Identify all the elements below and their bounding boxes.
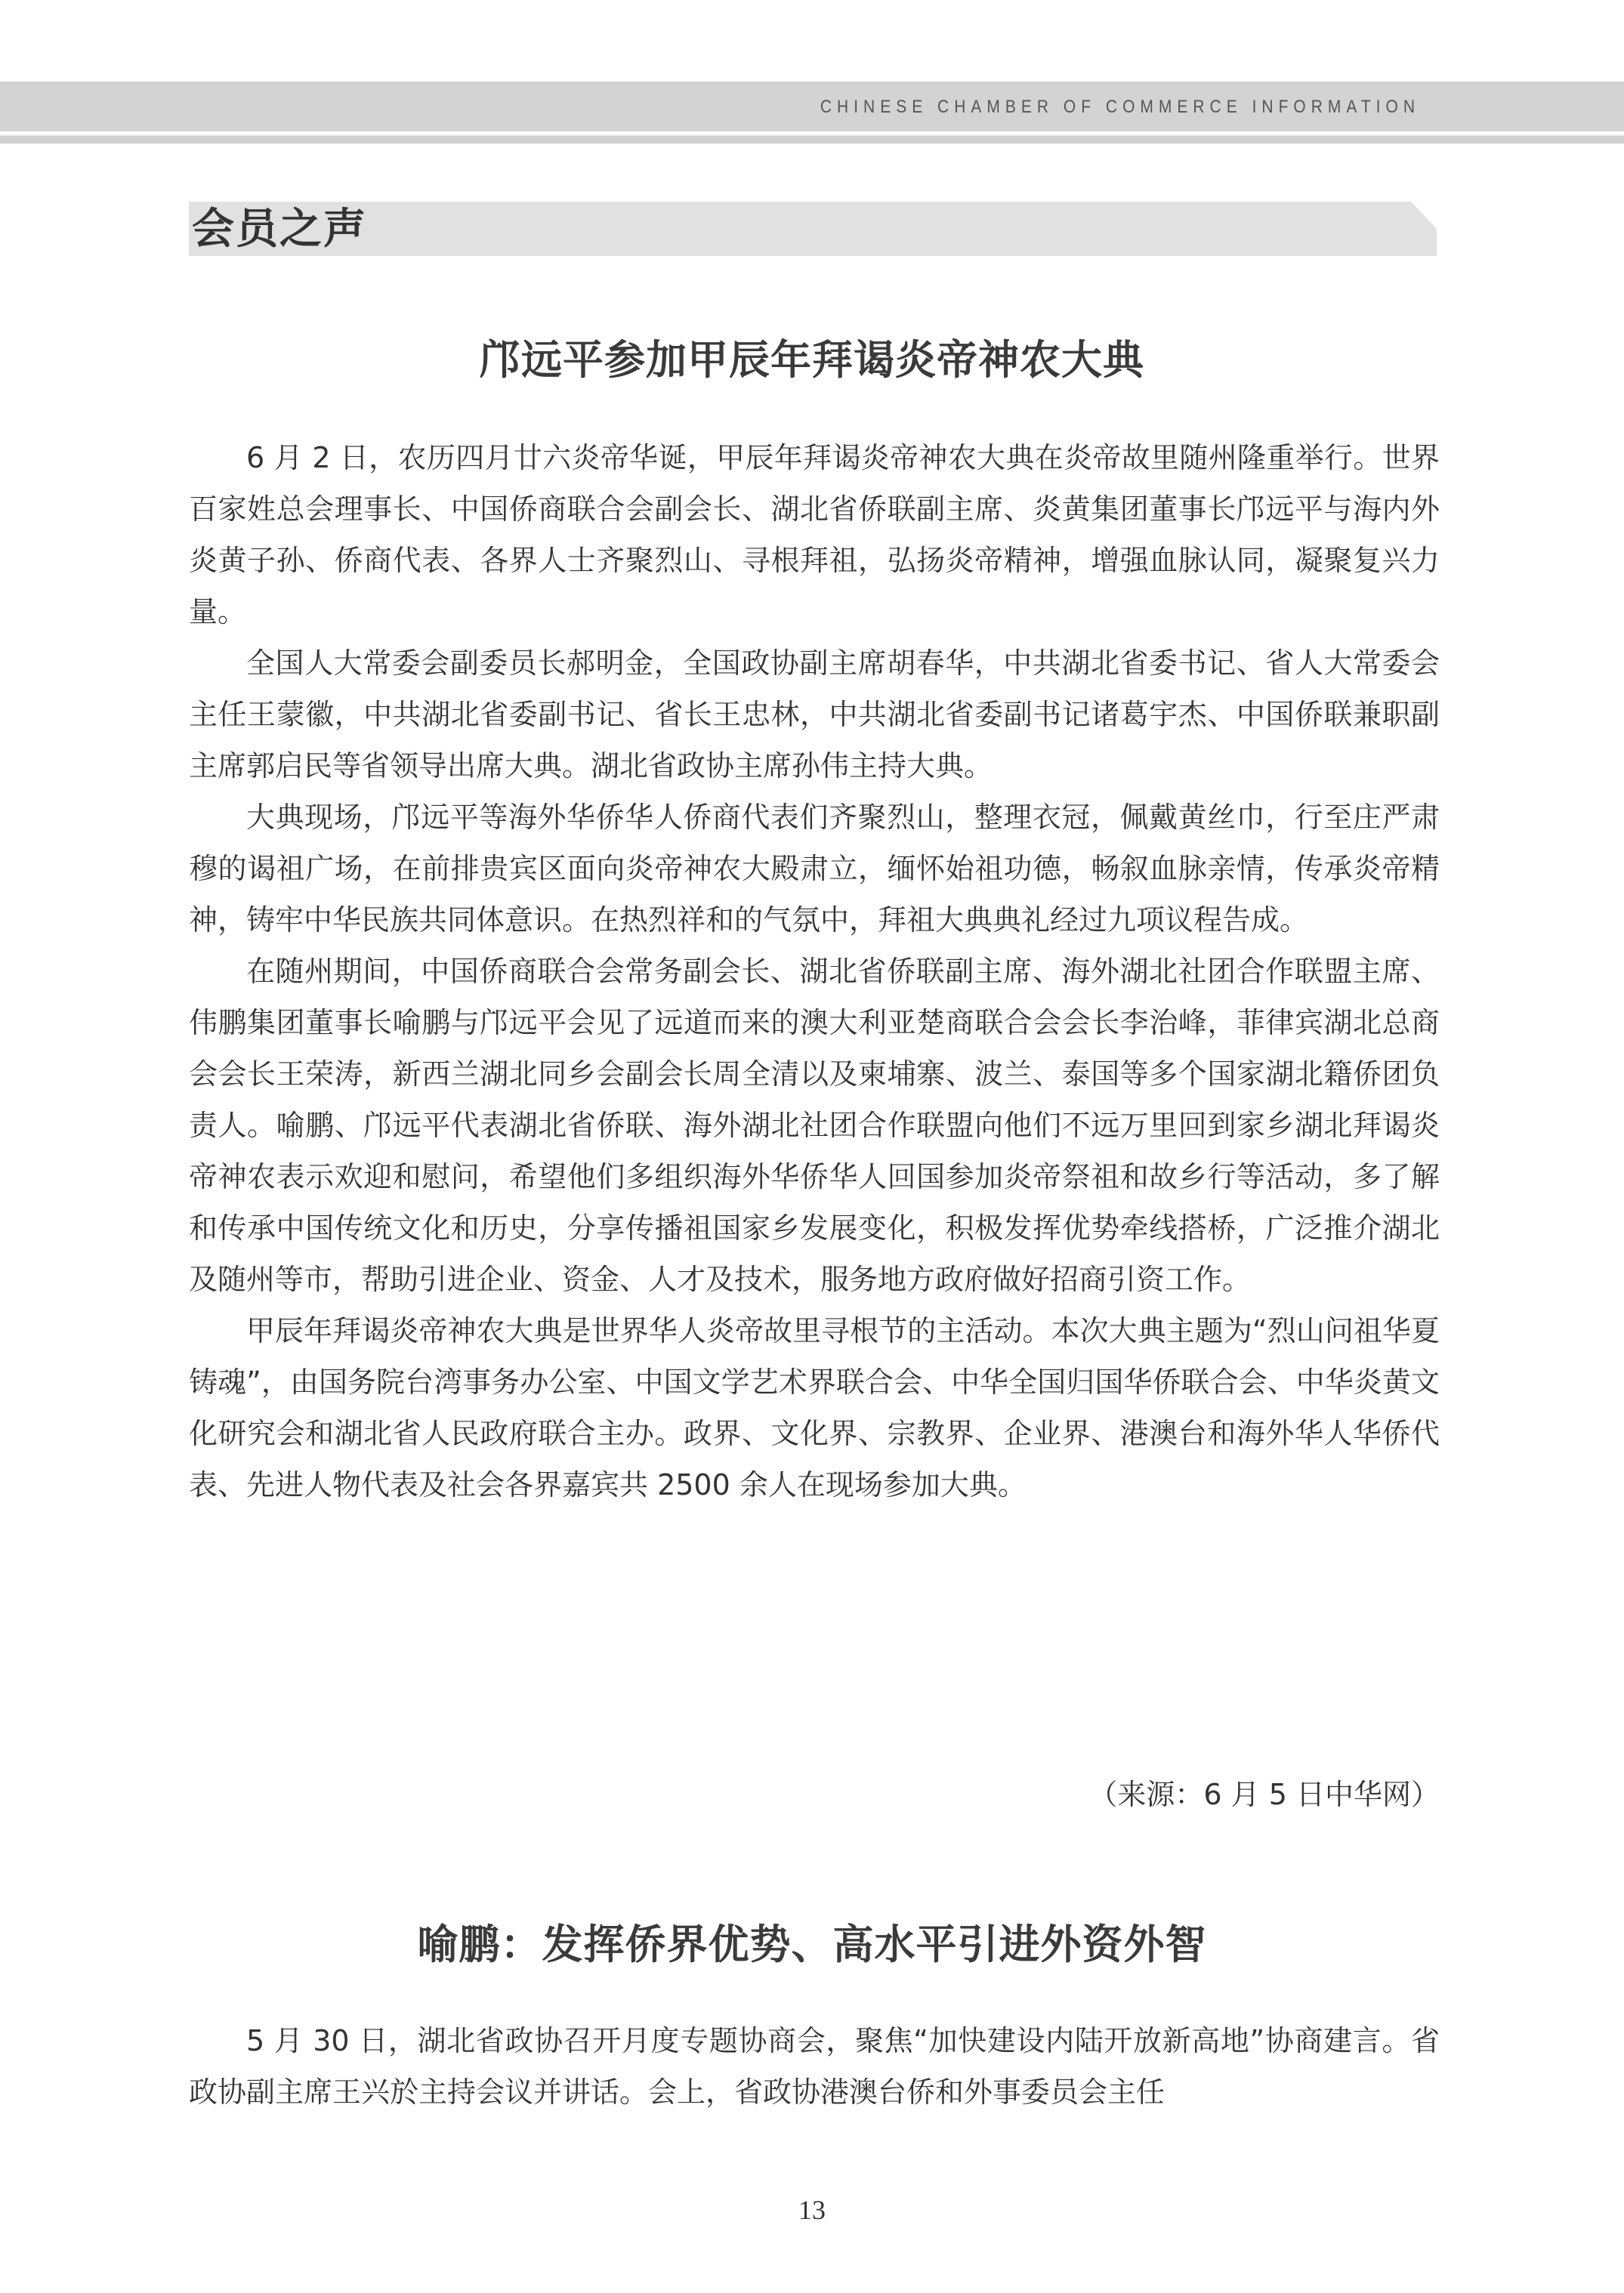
section-banner: [189, 202, 1437, 256]
article-source: （来源：6 月 5 日中华网）: [1088, 1769, 1440, 1820]
publication-title: CHINESE CHAMBER OF COMMERCE INFORMATION: [820, 97, 1420, 118]
article-body: 5 月 30 日，湖北省政协召开月度专题协商会，聚焦“加快建设内陆开放新高地”协…: [189, 2015, 1440, 2118]
section-label: 会员之声: [192, 204, 367, 254]
article-title: 邝远平参加甲辰年拜谒炎帝神农大典: [0, 334, 1624, 387]
article-paragraph: 大典现场，邝远平等海外华侨华人侨商代表们齐聚烈山，整理衣冠，佩戴黄丝巾，行至庄严…: [189, 792, 1440, 946]
article-paragraph: 甲辰年拜谒炎帝神农大典是世界华人炎帝故里寻根节的主活动。本次大典主题为“烈山问祖…: [189, 1305, 1440, 1511]
header-band: CHINESE CHAMBER OF COMMERCE INFORMATION: [0, 82, 1624, 131]
article-body: 6 月 2 日，农历四月廿六炎帝华诞，甲辰年拜谒炎帝神农大典在炎帝故里随州隆重举…: [189, 432, 1440, 1511]
article-paragraph: 在随州期间，中国侨商联合会常务副会长、湖北省侨联副主席、海外湖北社团合作联盟主席…: [189, 946, 1440, 1305]
article-paragraph: 5 月 30 日，湖北省政协召开月度专题协商会，聚焦“加快建设内陆开放新高地”协…: [189, 2015, 1440, 2118]
article-paragraph: 全国人大常委会副委员长郝明金，全国政协副主席胡春华，中共湖北省委书记、省人大常委…: [189, 637, 1440, 792]
page-number: 13: [0, 2194, 1624, 2226]
article-paragraph: 6 月 2 日，农历四月廿六炎帝华诞，甲辰年拜谒炎帝神农大典在炎帝故里随州隆重举…: [189, 432, 1440, 637]
header-stripe-divider: [0, 134, 1624, 144]
article-title: 喻鹏：发挥侨界优势、高水平引进外资外智: [0, 1918, 1624, 1971]
